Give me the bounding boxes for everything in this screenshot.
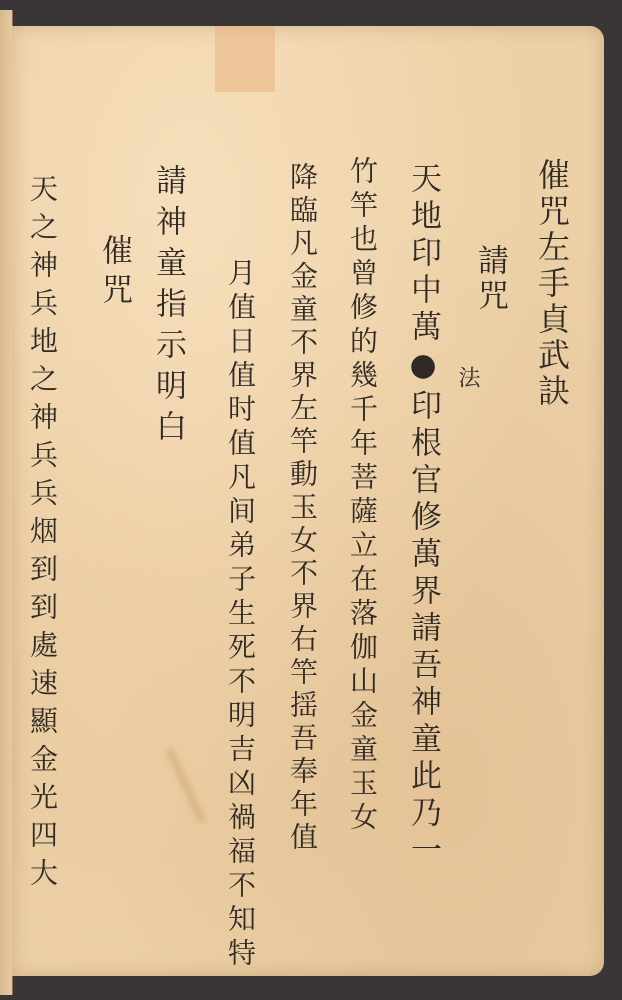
manuscript-page: 催咒左手貞武訣 請咒 天地印中萬●印根官修萬界請吾神童此乃一 法 竹竿也曾修的幾… [12,26,604,976]
page-title: 催咒左手貞武訣 [536,158,568,410]
text-column-5: 請神童指示明白 [152,164,183,451]
text-column-2: 竹竿也曾修的幾千年菩薩立在落伽山金童玉女 [348,156,376,836]
text-column-6: 天之神兵地之神兵兵烟到到處速顯金光四大 [28,174,56,896]
text-column-1: 天地印中萬●印根官修萬界請吾神童此乃一 [407,162,438,870]
water-stain [165,748,206,824]
faded-seal-stamp [215,26,275,92]
text-column-4: 月值日值时值凡间弟子生死不明吉凶禍福不知特 [226,258,254,972]
heading-cuizhou: 催咒 [98,234,129,312]
heading-qingzhou: 請咒 [474,244,505,314]
text-column-1-annotation: 法 [452,366,483,388]
text-column-3: 降臨凡金童不界左竿動玉女不界右竿揺吾奉年值 [288,162,316,855]
